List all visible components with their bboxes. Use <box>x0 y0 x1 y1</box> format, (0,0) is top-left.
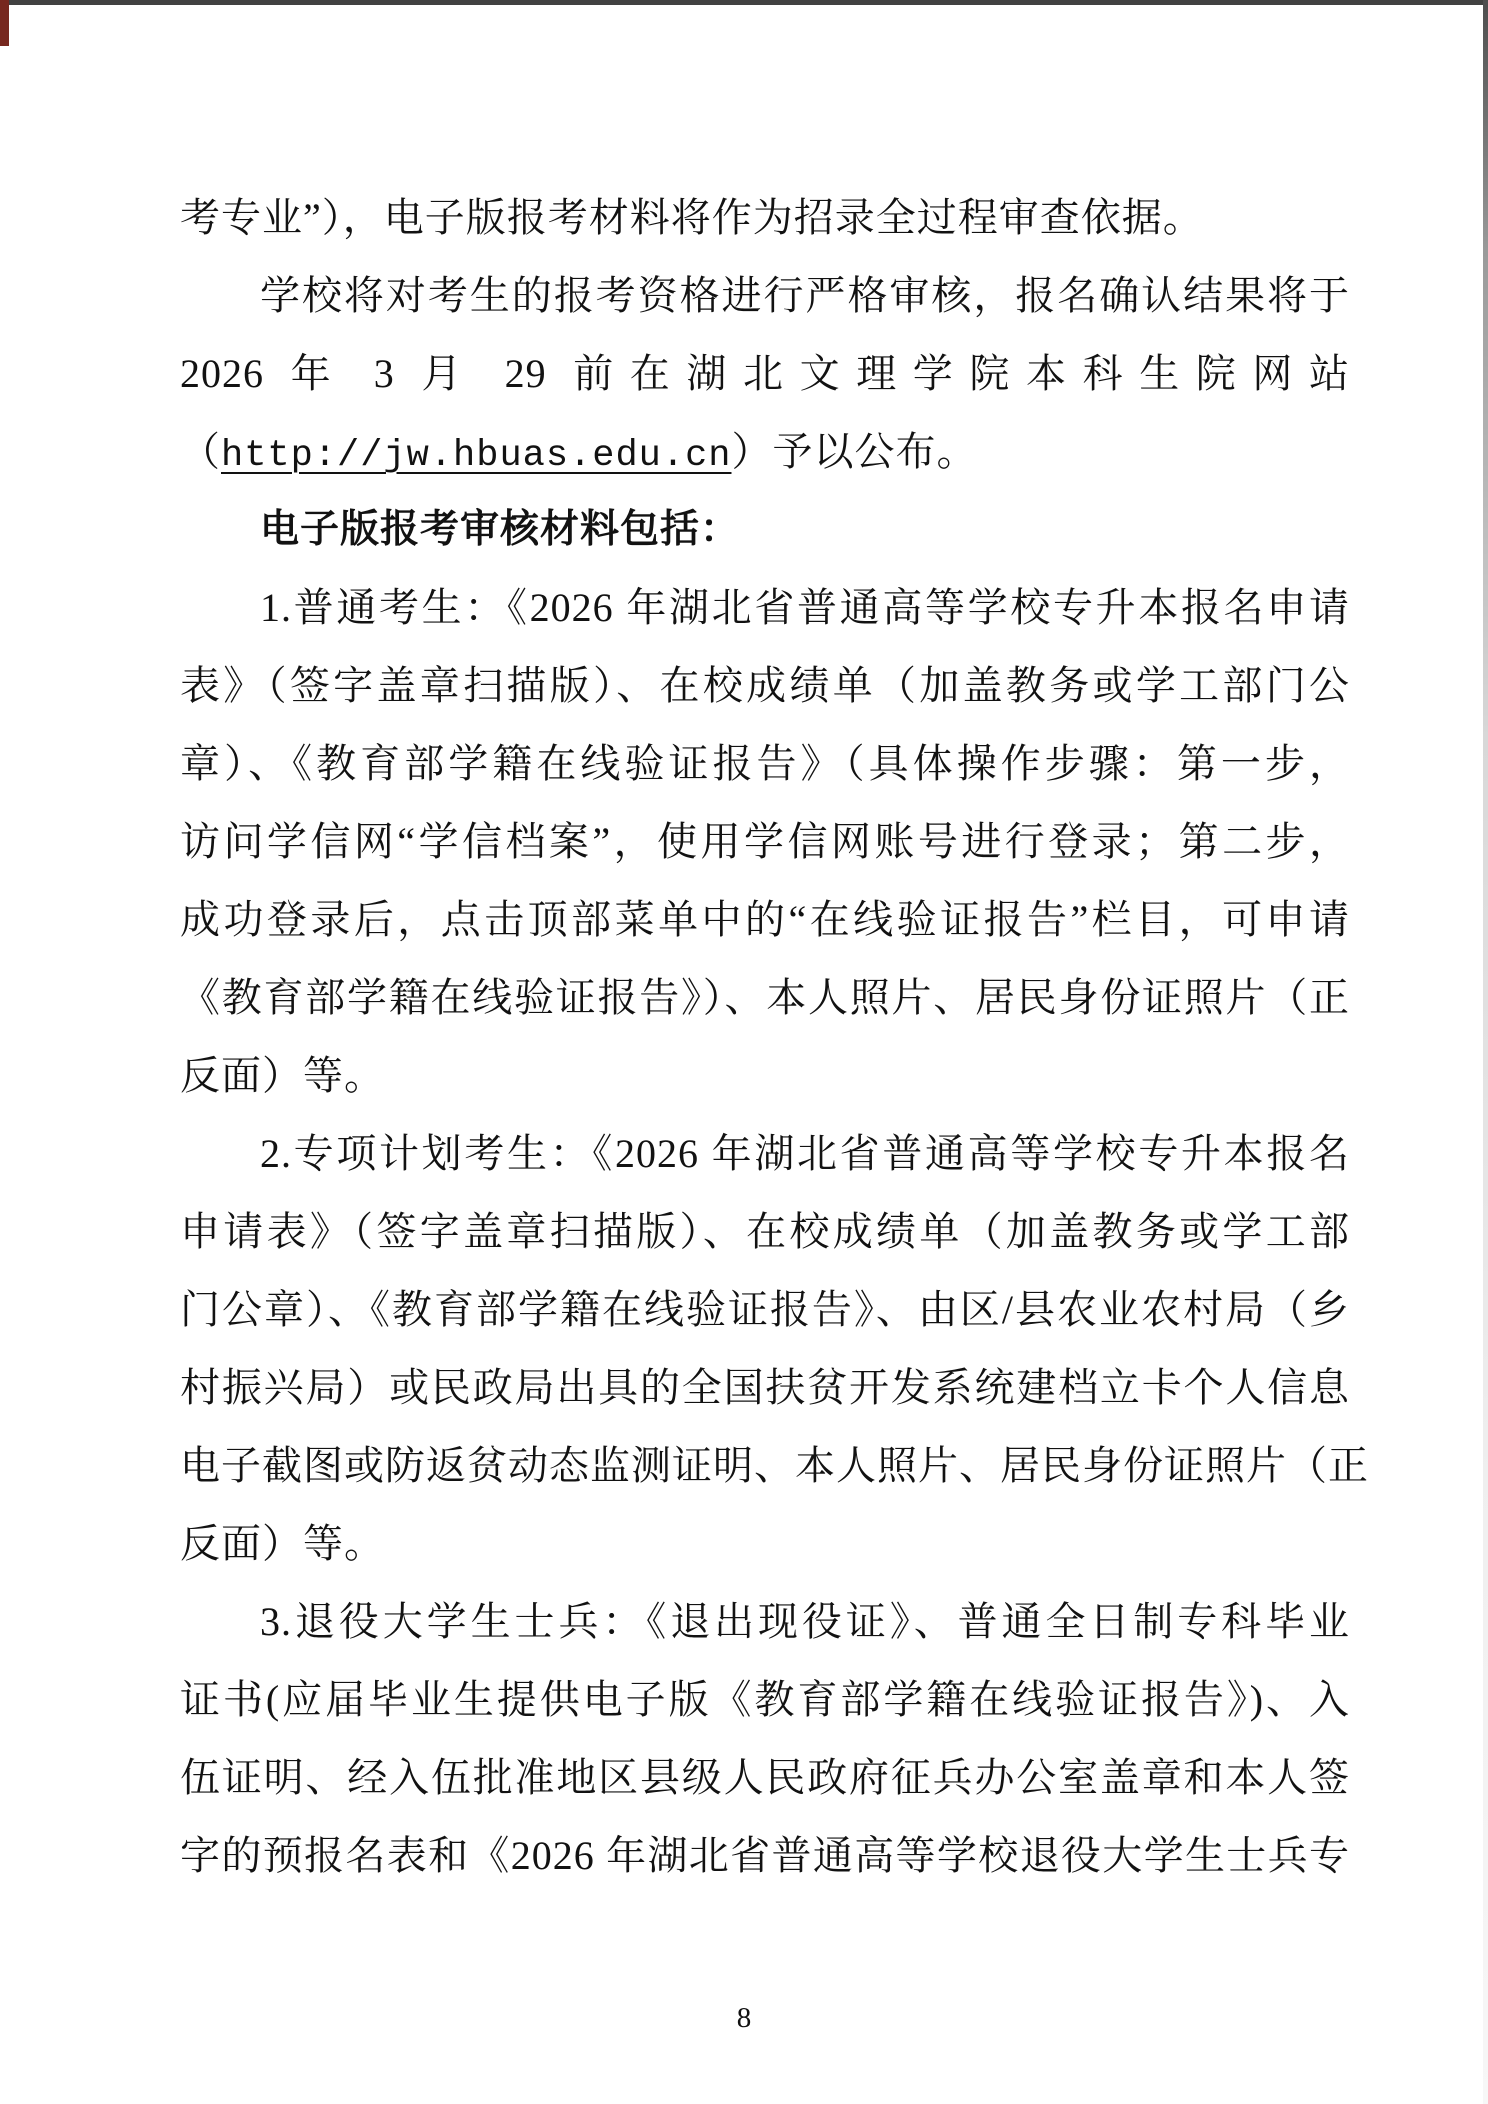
text-line: 字的预报名表和《2026 年湖北省普通高等学校退役大学生士兵专 <box>180 1817 1350 1895</box>
text-line: 村振兴局）或民政局出具的全国扶贫开发系统建档立卡个人信息 <box>180 1349 1350 1427</box>
right-edge-shading <box>1483 0 1488 2104</box>
text-line: 成功登录后，点击顶部菜单中的“在线验证报告”栏目，可申请 <box>180 881 1350 959</box>
text-line: （http://jw.hbuas.edu.cn）予以公布。 <box>180 413 1350 491</box>
text-line: 访问学信网“学信档案”，使用学信网账号进行登录；第二步， <box>180 803 1350 881</box>
text-line: 电子截图或防返贫动态监测证明、本人照片、居民身份证照片（正 <box>180 1427 1350 1505</box>
link-suffix: ）予以公布。 <box>731 429 977 474</box>
link-prefix: （ <box>180 429 221 474</box>
text-line: 1.普通考生：《2026 年湖北省普通高等学校专升本报名申请 <box>180 569 1350 647</box>
url-link[interactable]: http://jw.hbuas.edu.cn <box>221 435 731 477</box>
text-line: 学校将对考生的报考资格进行严格审核，报名确认结果将于 <box>180 257 1350 335</box>
document-body: 考专业”），电子版报考材料将作为招录全过程审查依据。学校将对考生的报考资格进行严… <box>180 179 1350 1895</box>
corner-mark <box>0 0 9 46</box>
section-heading: 电子版报考审核材料包括： <box>180 491 1350 569</box>
document-page: 考专业”），电子版报考材料将作为招录全过程审查依据。学校将对考生的报考资格进行严… <box>0 0 1488 2104</box>
text-line: 表》（签字盖章扫描版）、在校成绩单（加盖教务或学工部门公 <box>180 647 1350 725</box>
text-line: 2026 年 3 月 29 前在湖北文理学院本科生院网站 <box>180 335 1350 413</box>
text-line: 门公章）、《教育部学籍在线验证报告》、由区/县农业农村局（乡 <box>180 1271 1350 1349</box>
text-line: 证书(应届毕业生提供电子版《教育部学籍在线验证报告》)、入 <box>180 1661 1350 1739</box>
text-line: 反面）等。 <box>180 1037 1350 1115</box>
page-number: 8 <box>0 2002 1488 2035</box>
top-border <box>0 0 1488 5</box>
text-line: 2.专项计划考生：《2026 年湖北省普通高等学校专升本报名 <box>180 1115 1350 1193</box>
text-line: 《教育部学籍在线验证报告》）、本人照片、居民身份证照片（正 <box>180 959 1350 1037</box>
text-line: 申请表》（签字盖章扫描版）、在校成绩单（加盖教务或学工部 <box>180 1193 1350 1271</box>
text-line: 反面）等。 <box>180 1505 1350 1583</box>
text-line: 考专业”），电子版报考材料将作为招录全过程审查依据。 <box>180 179 1350 257</box>
text-line: 伍证明、经入伍批准地区县级人民政府征兵办公室盖章和本人签 <box>180 1739 1350 1817</box>
text-line: 3.退役大学生士兵：《退出现役证》、普通全日制专科毕业 <box>180 1583 1350 1661</box>
text-line: 章）、《教育部学籍在线验证报告》（具体操作步骤：第一步， <box>180 725 1350 803</box>
